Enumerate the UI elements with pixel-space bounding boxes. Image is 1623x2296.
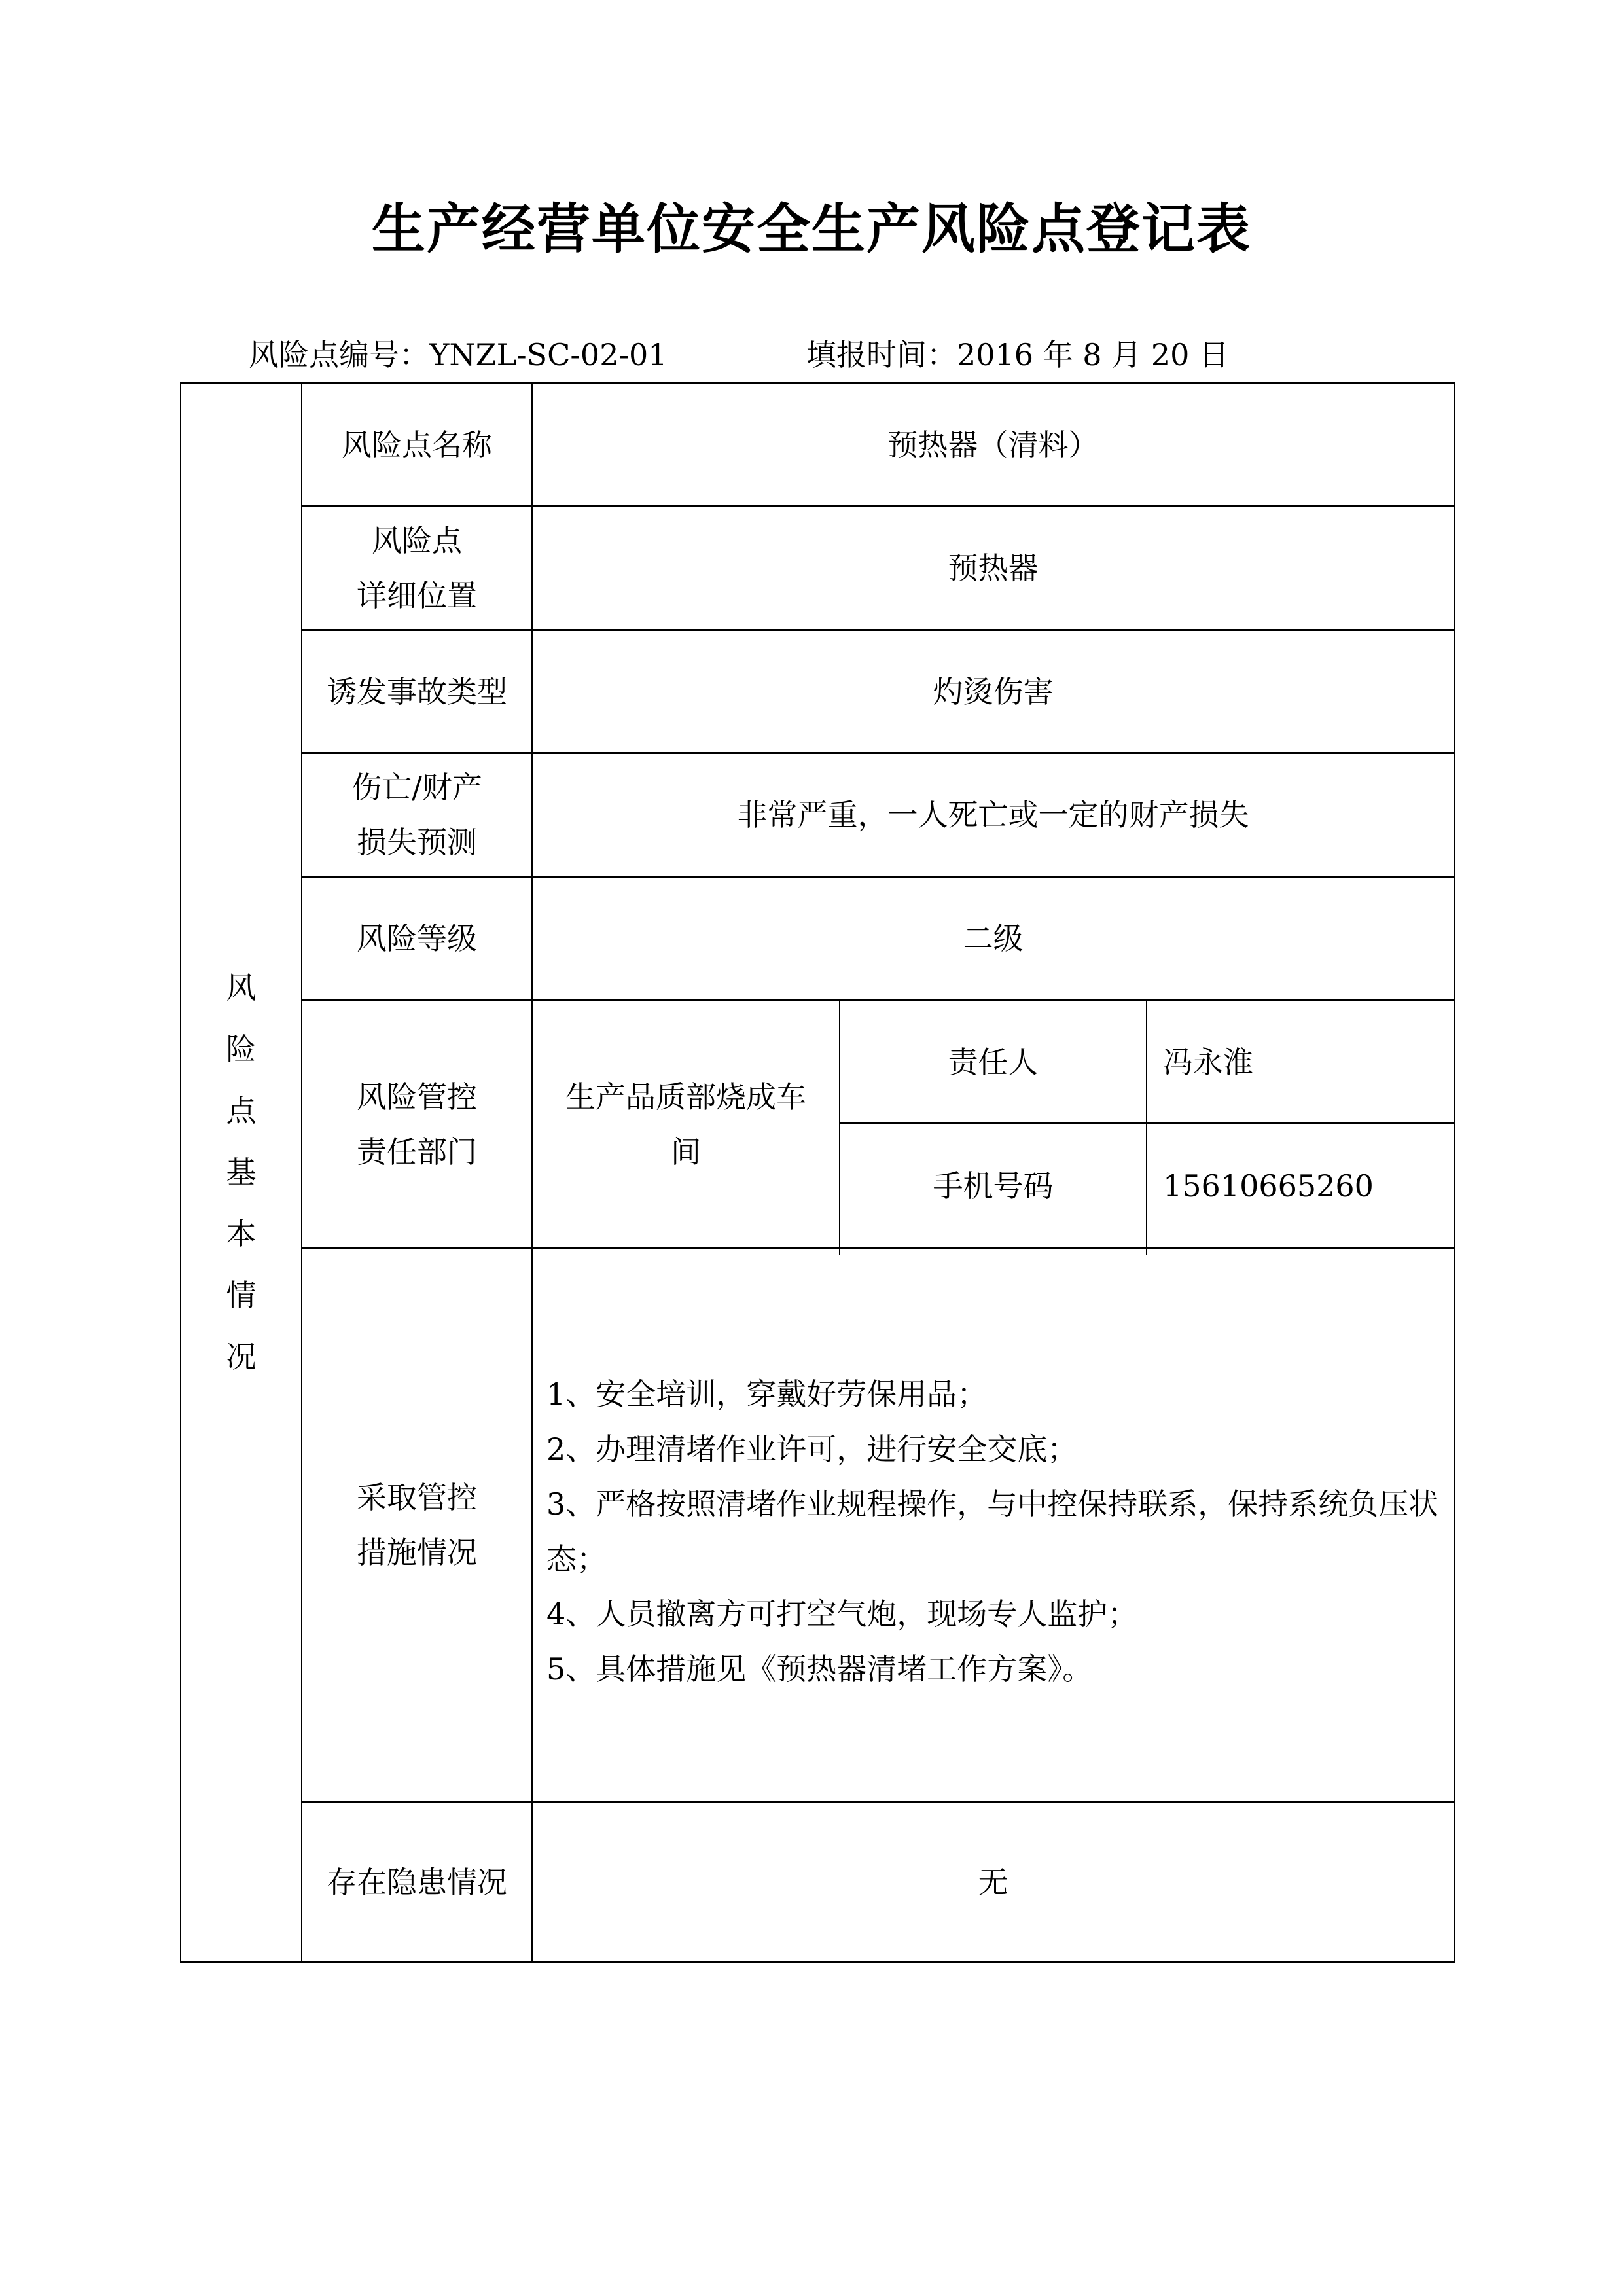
control-measures-list: 1、安全培训，穿戴好劳保用品； 2、办理清堵作业许可，进行安全交底； 3、严格按… xyxy=(546,1367,1443,1696)
hidden-danger-value: 无 xyxy=(533,1803,1454,1961)
measure-item: 5、具体措施见《预热器清堵工作方案》。 xyxy=(546,1641,1443,1696)
loss-forecast-label: 伤亡/财产 损失预测 xyxy=(302,754,531,876)
table-border-right xyxy=(1454,382,1455,1962)
risk-point-id-label: 风险点编号： xyxy=(249,337,429,372)
measure-item: 1、安全培训，穿戴好劳保用品； xyxy=(546,1367,1443,1422)
page-title: 生产经营单位安全生产风险点登记表 xyxy=(0,196,1623,262)
table-border-bottom xyxy=(180,1961,1455,1963)
responsible-dept-label-line1: 风险管控 xyxy=(357,1069,477,1124)
hidden-danger-label: 存在隐患情况 xyxy=(302,1803,531,1961)
loss-forecast-value: 非常严重，一人死亡或一定的财产损失 xyxy=(533,754,1454,876)
responsible-dept-value-line2: 间 xyxy=(671,1124,701,1179)
accident-type-label: 诱发事故类型 xyxy=(302,631,531,752)
responsible-dept-label-line2: 责任部门 xyxy=(357,1124,477,1179)
risk-level-value: 二级 xyxy=(533,878,1454,999)
fill-date-label: 填报时间： xyxy=(806,337,957,372)
location-label-line2: 详细位置 xyxy=(357,568,477,623)
section-char: 点 xyxy=(226,1080,257,1141)
measure-item: 2、办理清堵作业许可，进行安全交底； xyxy=(546,1422,1443,1477)
risk-name-value: 预热器（清料） xyxy=(533,384,1454,505)
section-char: 基 xyxy=(226,1141,257,1203)
risk-point-id: 风险点编号：YNZL-SC-02-01 xyxy=(249,335,668,374)
risk-level-label: 风险等级 xyxy=(302,878,531,999)
location-value: 预热器 xyxy=(533,507,1454,629)
responsible-dept-value-line1: 生产品质部烧成车 xyxy=(565,1069,806,1124)
measure-item: 3、严格按照清堵作业规程操作，与中控保持联系，保持系统负压状态； xyxy=(546,1477,1443,1587)
loss-forecast-label-line1: 伤亡/财产 xyxy=(351,760,482,815)
phone-label: 手机号码 xyxy=(840,1124,1146,1247)
person-value: 冯永淮 xyxy=(1147,1001,1454,1122)
section-char: 本 xyxy=(226,1203,257,1265)
phone-value: 15610665260 xyxy=(1147,1124,1454,1247)
location-label: 风险点 详细位置 xyxy=(302,507,531,629)
risk-name-label: 风险点名称 xyxy=(302,384,531,505)
section-char: 风 xyxy=(226,957,257,1018)
risk-point-id-value: YNZL-SC-02-01 xyxy=(429,337,668,372)
loss-forecast-label-line2: 损失预测 xyxy=(357,815,477,870)
control-measures-label: 采取管控 措施情况 xyxy=(302,1249,531,1801)
section-char: 况 xyxy=(226,1326,257,1388)
section-char: 情 xyxy=(226,1265,257,1326)
section-char: 险 xyxy=(226,1018,257,1080)
location-label-line1: 风险点 xyxy=(372,513,462,568)
measure-item: 4、人员撤离方可打空气炮，现场专人监护； xyxy=(546,1587,1443,1641)
fill-date: 填报时间：2016 年 8 月 20 日 xyxy=(806,335,1229,374)
responsible-dept-value: 生产品质部烧成车 间 xyxy=(533,1001,839,1247)
responsible-dept-label: 风险管控 责任部门 xyxy=(302,1001,531,1247)
accident-type-value: 灼烫伤害 xyxy=(533,631,1454,752)
person-label: 责任人 xyxy=(840,1001,1146,1122)
fill-date-value: 2016 年 8 月 20 日 xyxy=(957,337,1229,372)
control-measures-label-line1: 采取管控 xyxy=(357,1470,477,1525)
control-measures-label-line2: 措施情况 xyxy=(357,1525,477,1580)
section-label: 风 险 点 基 本 情 况 xyxy=(181,384,301,1961)
